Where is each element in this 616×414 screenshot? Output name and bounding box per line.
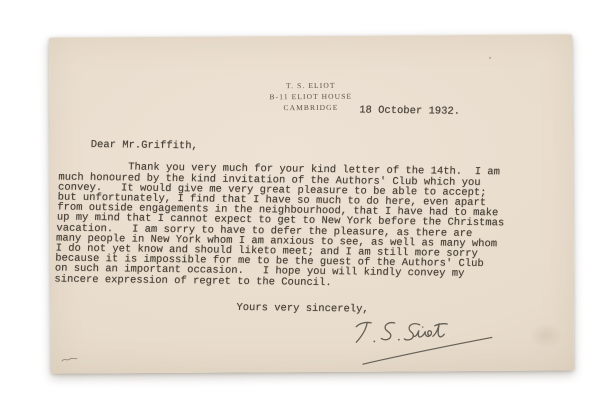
- pencil-mark: [61, 355, 79, 363]
- signature-period: [398, 339, 400, 341]
- signature-underline: [363, 337, 492, 364]
- date-line: 18 October 1932.: [359, 105, 547, 118]
- signature-letter-o: [425, 331, 431, 337]
- handwritten-signature: [351, 315, 496, 368]
- salutation: Dear Mr.Griffith,: [90, 140, 545, 156]
- signature-letter-t-cap: [356, 322, 371, 342]
- photo-background: T. S. ELIOT B-11 ELIOT HOUSE CAMBRIDGE 1…: [0, 0, 616, 414]
- signature-letter-e: [404, 324, 420, 340]
- letter-body: Thank you very much for your kind letter…: [54, 162, 545, 291]
- typed-text-block: 18 October 1932. Dear Mr.Griffith, Thank…: [53, 102, 547, 317]
- signature-i-dot: [422, 326, 423, 327]
- signature-t-crossbar: [435, 324, 448, 326]
- paper-speck: [489, 57, 491, 59]
- paper-smudge: [529, 322, 563, 348]
- signature-letters-li: [413, 331, 425, 337]
- signature-period: [373, 341, 375, 343]
- signature-letter-s: [381, 323, 395, 340]
- letter-paper: T. S. ELIOT B-11 ELIOT HOUSE CAMBRIDGE 1…: [49, 34, 574, 373]
